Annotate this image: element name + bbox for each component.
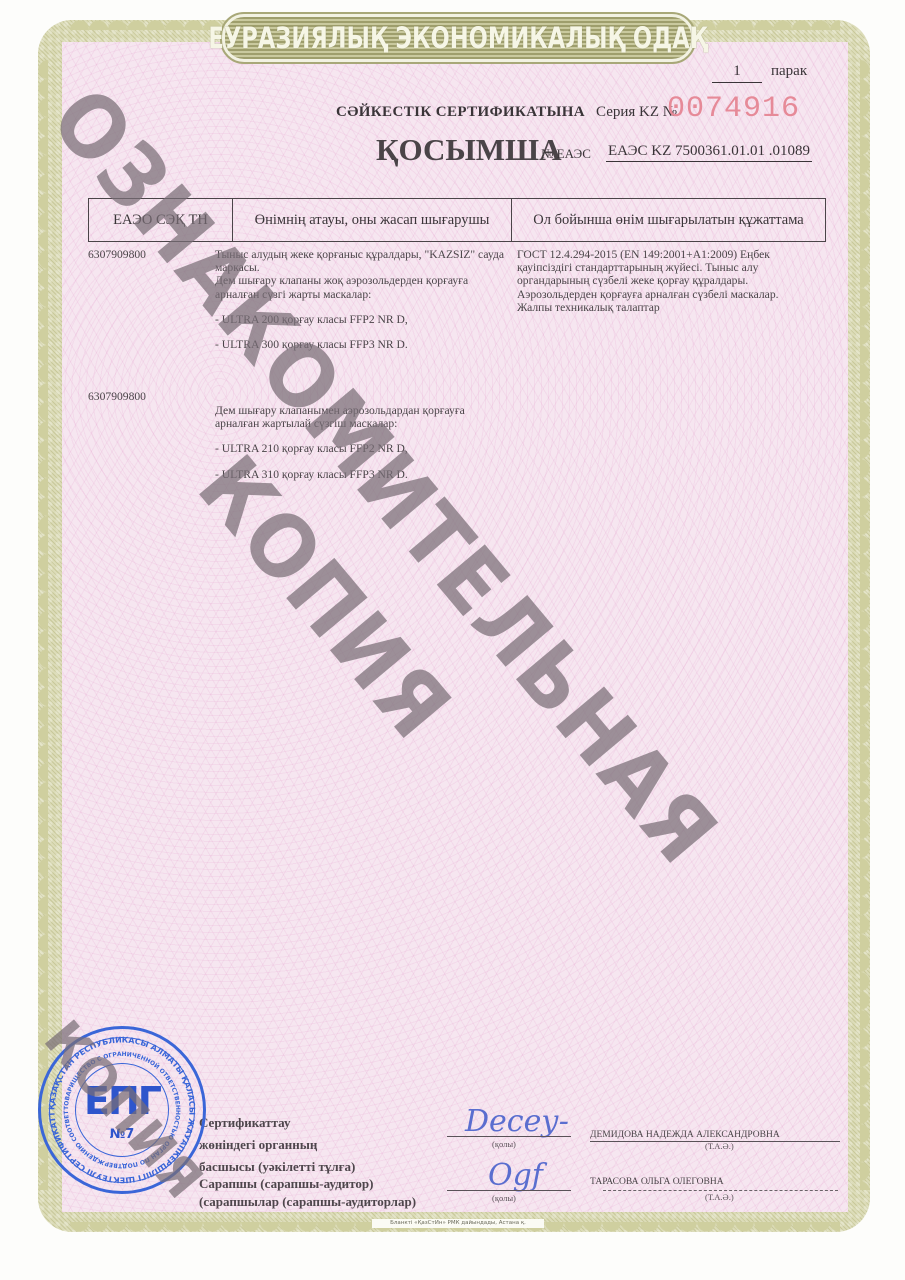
head-name-caption: (Т.А.Ә.) xyxy=(705,1141,734,1151)
row2-code: 6307909800 xyxy=(88,390,218,403)
certificate-title: СӘЙКЕСТІК СЕРТИФИКАТЫНА xyxy=(336,104,585,121)
expert-name-caption: (Т.А.Ә.) xyxy=(705,1192,734,1202)
registration-prefix: № ЕАЭС xyxy=(541,146,591,162)
registration-number: ЕАЭС KZ 7500361.01.01 .01089 xyxy=(606,143,812,162)
row1-product-desc: Дем шығару клапаны жоқ аэрозольдерден қо… xyxy=(215,274,505,300)
row1-item-1: - ULTRA 200 қорғау класы FFP2 NR D, xyxy=(215,313,505,326)
row1-product-intro: Тыныс алудың жеке қорғаныс құралдары, "K… xyxy=(215,248,505,274)
expert-label: Сарапшы (сарапшы-аудитор) (сарапшылар (с… xyxy=(199,1175,416,1211)
column-header-product: Өнімнің атауы, оны жасап шығарушы xyxy=(233,199,512,241)
official-stamp: ҚАЗАҚСТАН РЕСПУБЛИКАСЫ АЛМАТЫ ҚАЛАСЫ ЖАУ… xyxy=(38,1026,206,1194)
printer-note: Бланкті «ҚазСтИн» РМК дайындады, Астана … xyxy=(372,1219,544,1228)
row2-item-1: - ULTRA 210 қорғау класы FFP2 NR D, xyxy=(215,442,505,455)
annex-title: ҚОСЫМША xyxy=(376,132,562,168)
head-label: Сертификаттау жөніндегі органның басшысы… xyxy=(199,1112,355,1178)
row1-code: 6307909800 xyxy=(88,248,218,261)
column-header-code: ЕАЭО СЭҚ ТН xyxy=(89,199,233,241)
head-signature-caption: (қолы) xyxy=(492,1139,516,1149)
expert-name: ТАРАСОВА ОЛЬГА ОЛЕГОВНА xyxy=(590,1177,724,1187)
table-header: ЕАЭО СЭҚ ТН Өнімнің атауы, оны жасап шығ… xyxy=(88,198,826,242)
series-label: Серия KZ № xyxy=(596,104,677,121)
expert-signature: Ogf xyxy=(488,1158,543,1193)
row1-document: ГОСТ 12.4.294-2015 (EN 149:2001+A1:2009)… xyxy=(517,248,807,314)
head-signature: Dеcеу- xyxy=(465,1104,569,1139)
head-name: ДЕМИДОВА НАДЕЖДА АЛЕКСАНДРОВНА xyxy=(590,1130,780,1140)
serial-number: 0074916 xyxy=(667,92,800,126)
sheet-number: 1 xyxy=(712,63,762,83)
row2-product: Дем шығару клапанымен аэрозольдардан қор… xyxy=(215,404,505,481)
sheet-label: парак xyxy=(771,63,807,80)
expert-signature-line xyxy=(447,1190,571,1191)
row2-product-desc: Дем шығару клапанымен аэрозольдардан қор… xyxy=(215,404,505,430)
expert-signature-caption: (қолы) xyxy=(492,1193,516,1203)
column-header-document: Ол бойынша өнім шығарылатын құжаттама xyxy=(512,199,825,241)
stamp-number: №7 xyxy=(41,1127,203,1142)
row1-item-2: - ULTRA 300 қорғау класы FFP3 NR D. xyxy=(215,338,505,351)
expert-name-line xyxy=(603,1190,838,1191)
head-signature-line xyxy=(447,1136,571,1137)
stamp-emblem: ЕПГ xyxy=(41,1079,203,1123)
border-scallops-right xyxy=(860,60,878,1190)
row1-product: Тыныс алудың жеке қорғаныс құралдары, "K… xyxy=(215,248,505,351)
union-title: ЕУРАЗИЯЛЫҚ ЭКОНОМИКАЛЫҚ ОДАҚ xyxy=(209,21,708,55)
row2-item-2: - ULTRA 310 қорғау класы FFP3 NR D. xyxy=(215,468,505,481)
union-banner: ЕУРАЗИЯЛЫҚ ЭКОНОМИКАЛЫҚ ОДАҚ xyxy=(222,14,694,62)
border-scallops-left xyxy=(30,60,48,1190)
